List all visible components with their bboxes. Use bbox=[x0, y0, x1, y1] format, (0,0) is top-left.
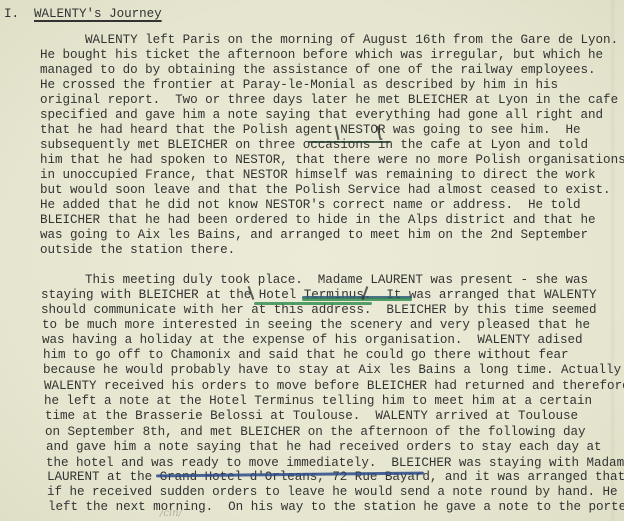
underline-mark-hotel-terminus bbox=[254, 302, 372, 305]
body-text-line: because he would probably have to stay a… bbox=[43, 362, 621, 378]
body-text-line: he left a note at the Hotel Terminus tel… bbox=[44, 393, 592, 409]
body-text-line: him that he had spoken to NESTOR, that t… bbox=[40, 152, 624, 168]
body-text-line: managed to do by obtaining the assistanc… bbox=[40, 62, 596, 78]
body-text-line: to be much more interested in seeing the… bbox=[42, 317, 590, 333]
body-text-line: subsequently met BLEICHER on three occas… bbox=[40, 137, 588, 153]
highlight-mark-laurent bbox=[302, 298, 412, 301]
body-text-line: him to go off to Chamonix and said that … bbox=[43, 347, 569, 363]
body-text-line: He bought his ticket the afternoon befor… bbox=[40, 47, 603, 63]
body-text-line: BLEICHER that he had been ordered to hid… bbox=[40, 212, 596, 228]
section-heading: WALENTY's Journey bbox=[34, 6, 162, 22]
body-text-line: outside the station there. bbox=[40, 242, 235, 258]
pencil-annotation: /cln/ bbox=[160, 508, 182, 519]
section-number: I. bbox=[4, 6, 19, 22]
body-text-line: He crossed the frontier at Paray-le-Moni… bbox=[40, 77, 558, 93]
body-text-line: on September 8th, and met BLEICHER on th… bbox=[45, 424, 586, 440]
body-text-line: was having a holiday at the expense of h… bbox=[42, 332, 583, 348]
body-text-line: WALENTY left Paris on the morning of Aug… bbox=[40, 32, 618, 48]
underline-mark-nestor bbox=[308, 141, 390, 143]
body-text-line: but would soon leave and that the Polish… bbox=[40, 182, 611, 198]
body-text-line: This meeting duly took place. Madame LAU… bbox=[40, 272, 588, 288]
body-text-line: that he had heard that the Polish agent … bbox=[40, 122, 581, 138]
body-text-line: was going to Aix les Bains, and arranged… bbox=[40, 227, 588, 243]
body-text-line: if he received sudden orders to leave he… bbox=[47, 484, 618, 500]
body-text-line: left the next morning. On his way to the… bbox=[48, 499, 624, 515]
body-text-line: He added that he did not know NESTOR's c… bbox=[40, 197, 581, 213]
body-text-line: WALENTY received his orders to move befo… bbox=[44, 378, 624, 394]
body-text-line: original report. Two or three days later… bbox=[40, 92, 618, 108]
body-text-line: specified and gave him a note saying tha… bbox=[40, 107, 603, 123]
body-text-line: and gave him a note saying that he had r… bbox=[46, 439, 602, 455]
body-text-line: time at the Brasserie Belossi at Toulous… bbox=[45, 408, 578, 424]
body-text-line: LAURENT at the Grand Hotel d'Orleans, 72… bbox=[47, 469, 624, 485]
body-text-line: in unoccupied France, that NESTOR himsel… bbox=[40, 167, 596, 183]
